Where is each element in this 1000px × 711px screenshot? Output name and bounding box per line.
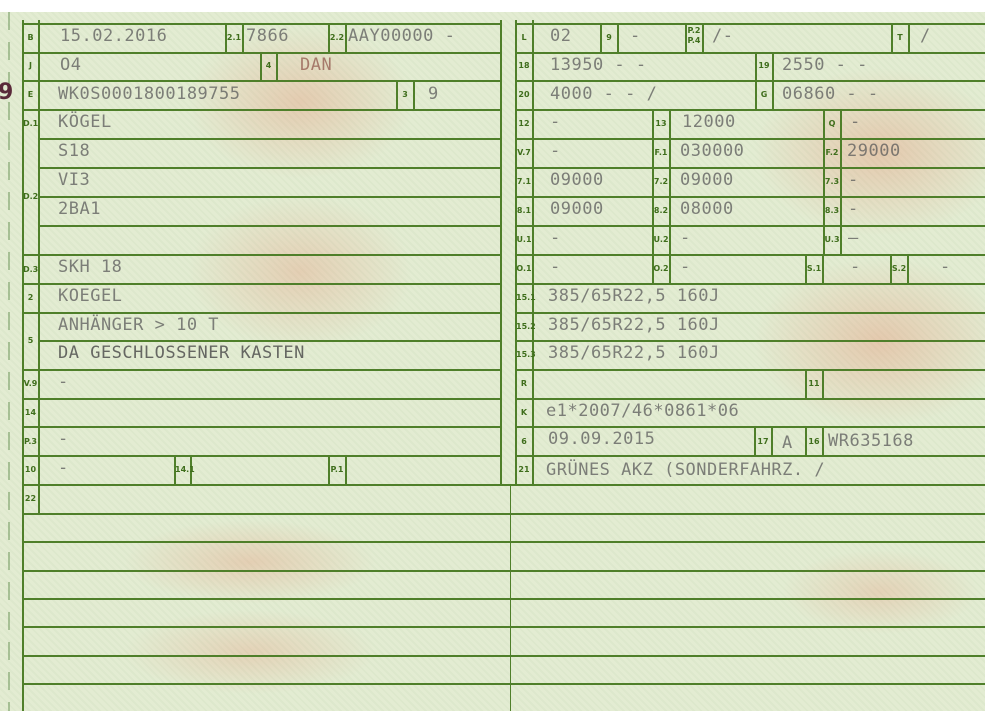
field-label-T: T	[892, 34, 908, 42]
grid-line	[515, 398, 985, 400]
field-8-1-axle-load: 09000	[550, 199, 604, 219]
field-label-22: 22	[23, 495, 38, 503]
field-D2-version: 2BA1	[58, 199, 101, 219]
grid-line	[908, 23, 910, 52]
grid-line	[22, 484, 985, 486]
field-label-O1: O.1	[516, 265, 532, 273]
field-label-O2: O.2	[653, 265, 669, 273]
field-label-2: 2	[23, 294, 38, 302]
field-20-height: 4000 - - /	[550, 84, 657, 104]
field-label-6: 6	[516, 438, 532, 446]
grid-line	[617, 23, 619, 52]
grid-line	[515, 196, 985, 198]
field-P2-P4-power-rpm: /-	[712, 26, 733, 46]
field-label-P4: P.4	[686, 37, 702, 45]
grid-line	[413, 80, 415, 109]
field-label-2-1: 2.1	[226, 34, 242, 42]
grid-line	[907, 254, 909, 283]
grid-line	[515, 254, 985, 256]
field-13-support-load: 12000	[682, 112, 736, 132]
field-2-manufacturer-name: KOEGEL	[58, 286, 122, 306]
grid-line	[22, 52, 502, 54]
field-label-P1: P.1	[329, 466, 345, 474]
field-10-fuel-code: -	[58, 458, 69, 478]
field-label-15-1: 15.1	[516, 294, 532, 302]
field-21-remarks: GRÜNES AKZ (SONDERFAHRZ. /	[546, 460, 825, 480]
field-O1-braked-towing: -	[550, 257, 561, 277]
field-label-P2: P.2	[686, 27, 702, 35]
field-label-D1: D.1	[23, 120, 38, 128]
grid-line	[22, 513, 985, 515]
grid-line	[22, 109, 502, 111]
field-4-body-type: DAN	[300, 55, 332, 75]
field-label-P3: P.3	[23, 438, 38, 446]
grid-line	[771, 426, 773, 455]
field-label-D3: D.3	[23, 266, 38, 274]
field-K-type-approval: e1*2007/46*0861*06	[546, 401, 739, 421]
grid-line	[38, 20, 40, 515]
grid-line	[669, 109, 671, 283]
grid-line	[22, 541, 985, 543]
field-label-19: 19	[756, 62, 772, 70]
field-5-vehicle-class: ANHÄNGER > 10 T	[58, 315, 219, 335]
grid-line	[652, 109, 654, 283]
grid-line	[822, 369, 824, 398]
perforation-edge	[8, 12, 10, 711]
grid-line	[22, 598, 985, 600]
field-label-8-2: 8.2	[653, 207, 669, 215]
field-label-7-3: 7.3	[824, 178, 840, 186]
field-D1-make: KÖGEL	[58, 112, 112, 132]
grid-line	[822, 254, 824, 283]
grid-line	[702, 23, 704, 52]
field-2-1-manufacturer-code: 7866	[246, 26, 289, 46]
grid-line	[22, 626, 985, 628]
grid-line	[22, 455, 502, 457]
field-label-S1: S.1	[806, 265, 822, 273]
grid-line	[755, 52, 757, 109]
edge-number: 9	[0, 80, 13, 105]
grid-line	[22, 369, 502, 371]
field-label-2-2: 2.2	[329, 34, 345, 42]
field-15-1-tyres: 385/65R22,5 160J	[548, 286, 720, 306]
field-label-E: E	[23, 91, 38, 99]
field-label-8-1: 8.1	[516, 207, 532, 215]
field-18-length: 13950 - -	[550, 55, 647, 75]
field-D3-commercial-name: SKH 18	[58, 257, 122, 277]
field-label-13: 13	[653, 120, 669, 128]
field-12-tank-volume: -	[550, 112, 561, 132]
grid-line	[515, 426, 985, 428]
grid-line	[345, 23, 347, 52]
field-label-8-3: 8.3	[824, 207, 840, 215]
field-label-R: R	[516, 380, 532, 388]
field-label-J: J	[23, 62, 38, 70]
field-B-registration-date: 15.02.2016	[60, 26, 167, 46]
field-S2-standing: -	[940, 257, 951, 277]
field-15-3-tyres: 385/65R22,5 160J	[548, 343, 720, 363]
field-label-V9: V.9	[23, 380, 38, 388]
field-D2-variant: VI3	[58, 170, 90, 190]
grid-line	[515, 52, 985, 54]
field-label-Q: Q	[824, 120, 840, 128]
field-Q-power-weight: -	[850, 112, 861, 132]
grid-line	[515, 80, 985, 82]
field-F2-max-permissible-mass: 29000	[847, 141, 901, 161]
field-9-drive-axles: -	[630, 26, 641, 46]
field-label-15-3: 15.3	[516, 351, 532, 359]
grid-line	[22, 398, 502, 400]
field-8-2-axle-load: 08000	[680, 199, 734, 219]
grid-line	[515, 369, 985, 371]
grid-line	[38, 225, 502, 227]
field-7-3-axle-load: -	[848, 170, 859, 190]
field-label-11: 11	[806, 380, 822, 388]
field-label-18: 18	[516, 62, 532, 70]
grid-line	[22, 570, 985, 572]
field-label-17: 17	[755, 438, 771, 446]
field-J-vehicle-category: O4	[60, 55, 81, 75]
grid-line	[276, 52, 278, 80]
grid-line	[515, 455, 985, 457]
field-label-F1: F.1	[653, 149, 669, 157]
field-3-check-digit: 9	[428, 84, 439, 104]
grid-line	[840, 109, 842, 254]
field-U1-noise-stationary: -	[550, 228, 561, 248]
grid-line	[22, 23, 502, 25]
field-label-20: 20	[516, 91, 532, 99]
field-label-21: 21	[516, 466, 532, 474]
grid-line	[38, 484, 40, 513]
field-2-2-type-code: AAY00000 -	[348, 26, 455, 46]
grid-line	[515, 312, 985, 314]
grid-line	[515, 138, 985, 140]
field-5-body-description: DA GESCHLOSSENER KASTEN	[58, 343, 305, 363]
field-17-operating-permit: A	[782, 433, 793, 453]
grid-line	[500, 20, 502, 486]
field-19-width: 2550 - -	[782, 55, 868, 75]
grid-line	[22, 426, 502, 428]
grid-line	[38, 138, 502, 140]
field-label-V7: V.7	[516, 149, 532, 157]
field-label-G: G	[756, 91, 772, 99]
field-6-approval-date: 09.09.2015	[548, 429, 655, 449]
field-label-L: L	[516, 34, 532, 42]
field-U2-engine-speed: -	[680, 228, 691, 248]
grid-line	[532, 20, 534, 486]
grid-line	[22, 254, 502, 256]
grid-line	[22, 655, 985, 657]
grid-line	[515, 23, 985, 25]
field-label-D2: D.2	[23, 193, 38, 201]
field-label-S2: S.2	[891, 265, 907, 273]
grid-line	[38, 167, 502, 169]
field-V9-emission-class: -	[58, 372, 69, 392]
grid-line	[38, 340, 502, 342]
field-P3-fuel-type: -	[58, 429, 69, 449]
field-label-14-1: 14.1	[175, 466, 190, 474]
grid-line	[515, 167, 985, 169]
field-7-2-axle-load: 09000	[680, 170, 734, 190]
grid-line	[242, 23, 244, 52]
grid-line	[515, 340, 985, 342]
field-label-7-2: 7.2	[653, 178, 669, 186]
field-label-9: 9	[601, 34, 617, 42]
field-label-U3: U.3	[824, 236, 840, 244]
field-16-document-number: WR635168	[828, 431, 914, 451]
field-label-F2: F.2	[824, 149, 840, 157]
field-T-max-speed: /	[920, 26, 931, 46]
field-7-1-axle-load: 09000	[550, 170, 604, 190]
field-label-3: 3	[397, 91, 413, 99]
field-label-7-1: 7.1	[516, 178, 532, 186]
field-V7-co2: -	[550, 141, 561, 161]
field-E-vin: WK0S0001800189755	[58, 84, 241, 104]
field-label-10: 10	[23, 466, 38, 474]
field-label-U1: U.1	[516, 236, 532, 244]
field-U3-noise-driving: —	[848, 228, 859, 248]
field-L-axles: 02	[550, 26, 571, 46]
grid-line	[515, 225, 985, 227]
field-D2-type: S18	[58, 141, 90, 161]
field-label-K: K	[516, 409, 532, 417]
grid-line	[22, 683, 985, 685]
grid-line	[515, 283, 985, 285]
field-label-4: 4	[261, 62, 276, 70]
grid-line	[22, 80, 502, 82]
field-15-2-tyres: 385/65R22,5 160J	[548, 315, 720, 335]
field-label-16: 16	[806, 438, 822, 446]
field-label-12: 12	[516, 120, 532, 128]
field-8-3-axle-load: -	[848, 199, 859, 219]
grid-line	[772, 52, 774, 109]
grid-line	[38, 196, 502, 198]
field-label-U2: U.2	[653, 236, 669, 244]
grid-line	[22, 312, 502, 314]
field-F1-max-technical-mass: 030000	[680, 141, 744, 161]
field-label-14: 14	[23, 409, 38, 417]
field-label-15-2: 15.2	[516, 323, 532, 331]
grid-line	[822, 426, 824, 455]
grid-line	[345, 455, 347, 484]
grid-line	[515, 109, 985, 111]
field-O2-unbraked-towing: -	[680, 257, 691, 277]
field-label-5: 5	[23, 337, 38, 345]
field-S1-seats: -	[850, 257, 861, 277]
grid-line	[22, 283, 502, 285]
field-label-B: B	[23, 34, 38, 42]
field-G-empty-mass: 06860 - -	[782, 84, 879, 104]
